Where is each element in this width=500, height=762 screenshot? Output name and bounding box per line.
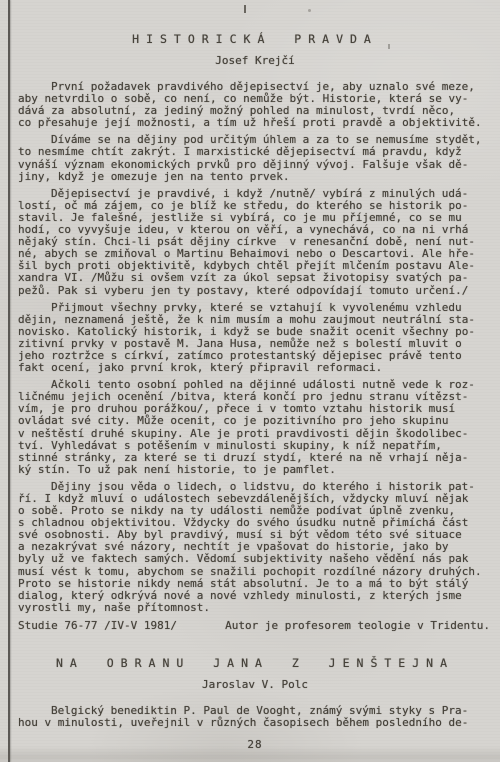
source-citation: Studie 76-77 /IV-V 1981/ — [18, 620, 177, 632]
article2-body: Belgický benediktin P. Paul de Vooght, z… — [18, 705, 492, 729]
article1-title: HISTORICKÁ PRAVDA — [18, 33, 492, 46]
article1-paragraph-6: Dějiny jsou věda o lidech, o lidstvu, do… — [18, 481, 492, 614]
article2-paragraph-1: Belgický benediktin P. Paul de Vooght, z… — [18, 705, 492, 729]
article1-paragraph-5: Ačkoli tento osobní pohled na dějinné ud… — [18, 379, 492, 476]
author-note: Autor je profesorem teologie v Tridentu. — [225, 620, 490, 632]
page-number: 28 — [18, 738, 492, 751]
article1-author: Josef Krejčí — [18, 55, 492, 67]
article2-title: NA OBRANU JANA Z JENŠTEJNA — [18, 657, 492, 670]
scanned-document-page: HISTORICKÁ PRAVDA Josef Krejčí První pož… — [0, 0, 500, 762]
article1-paragraph-4: Přijmout všechny prvky, které se vztahuj… — [18, 302, 492, 375]
article1-paragraph-3: Dějepisectví je pravdivé, i když /nutně/… — [18, 188, 492, 297]
article1-paragraph-2: Díváme se na dějiny pod určitým úhlem a … — [18, 134, 492, 182]
article1-paragraph-1: První požadavek pravdivého dějepisectví … — [18, 81, 492, 129]
page-content: HISTORICKÁ PRAVDA Josef Krejčí První pož… — [0, 0, 500, 751]
article1-body: První požadavek pravdivého dějepisectví … — [18, 81, 492, 614]
article2-author: Jaroslav V. Polc — [18, 679, 492, 691]
article1-footer: Studie 76-77 /IV-V 1981/ Autor je profes… — [18, 620, 492, 632]
